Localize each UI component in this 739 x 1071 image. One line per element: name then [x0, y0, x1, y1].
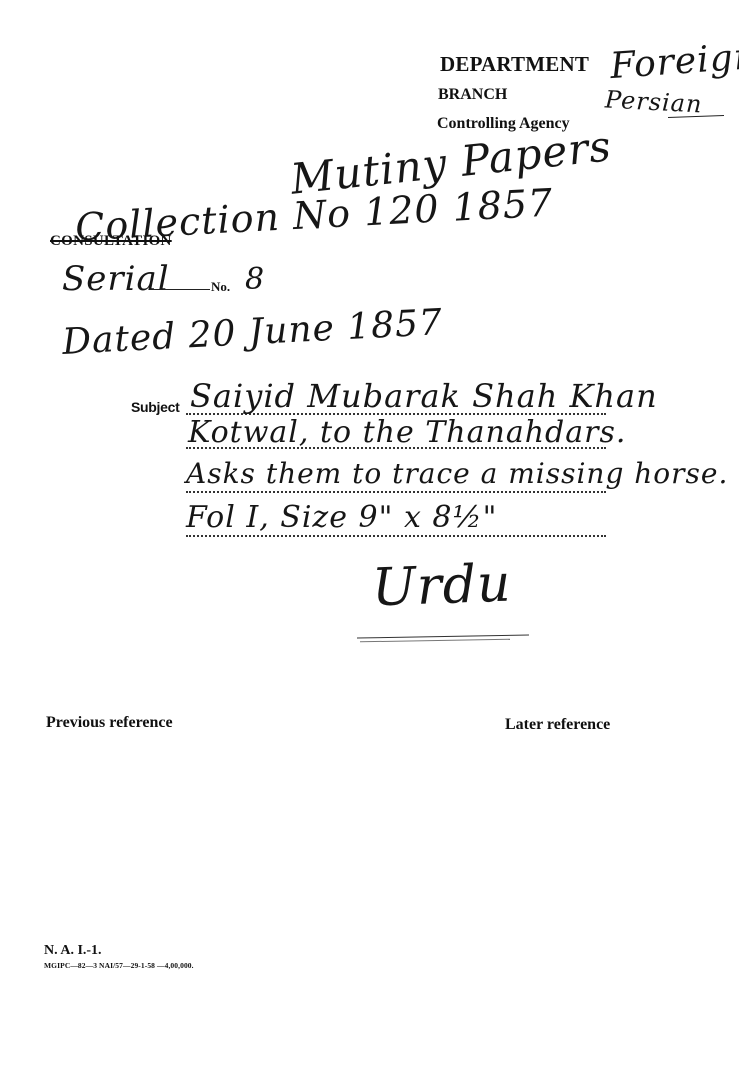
branch-value: Persian: [604, 87, 703, 116]
language-underline: [360, 639, 510, 643]
serial-no-label: No.: [211, 280, 230, 293]
department-value: Foreign: [609, 39, 739, 85]
subject-line: Asks them to trace a missing horse.: [186, 460, 728, 488]
language-note: Urdu: [371, 558, 512, 615]
subject-line: Kotwal, to the Thanahdars.: [188, 418, 626, 448]
branch-label: BRANCH: [438, 87, 507, 103]
print-code: MGIPC—82—3 NAI/57—29-1-58 —4,00,000.: [44, 962, 194, 970]
later-reference-label: Later reference: [505, 717, 610, 733]
subject-line: Fol I, Size 9" x 8½": [186, 503, 497, 533]
serial-underline: [150, 289, 210, 290]
subject-line: Saiyid Mubarak Shah Khan: [190, 380, 658, 412]
subject-label: Subject: [131, 400, 179, 414]
previous-reference-label: Previous reference: [46, 715, 173, 731]
subject-dotted-line: [186, 491, 606, 493]
consultation-label-struck: CONSULTATION: [50, 234, 172, 249]
department-label: DEPARTMENT: [440, 54, 589, 75]
serial-no-value: 8: [245, 265, 265, 295]
serial-prefix: Serial: [62, 262, 170, 296]
record-date: Dated 20 June 1857: [61, 305, 443, 361]
subject-dotted-line: [186, 535, 606, 537]
form-code: N. A. I.-1.: [44, 944, 102, 958]
